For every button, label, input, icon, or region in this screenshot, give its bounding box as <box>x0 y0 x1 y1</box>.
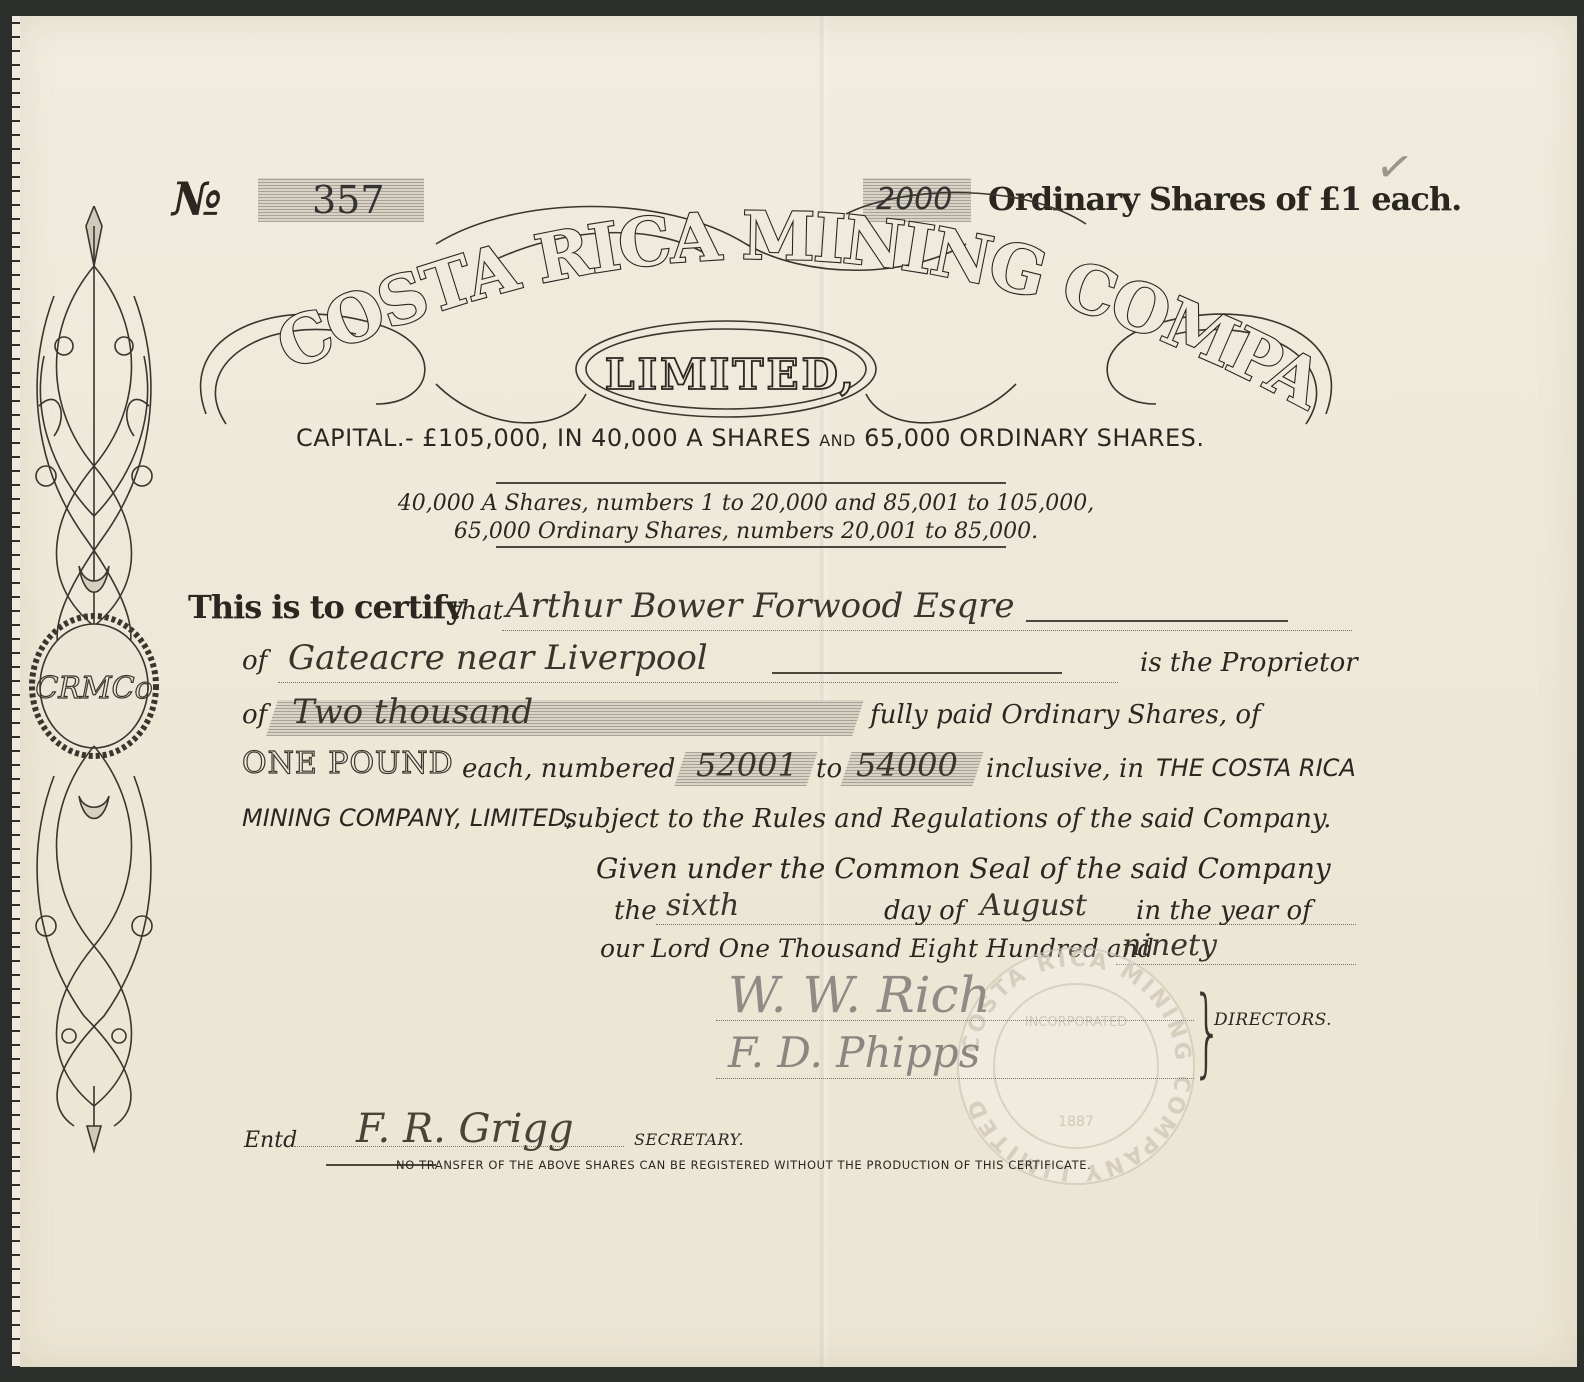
company-inline-2: MINING COMPANY, LIMITED, <box>242 804 574 832</box>
that-label: that <box>450 596 503 626</box>
company-inline-1: THE COSTA RICA <box>1156 754 1356 782</box>
ornamental-border-icon: CRMCo <box>24 206 194 1156</box>
fully-paid-label: fully paid Ordinary Shares, of <box>870 700 1261 730</box>
to-label: to <box>816 754 842 784</box>
entered-label: Entd <box>244 1128 297 1153</box>
holder-address: Gateacre near Liverpool <box>288 638 708 678</box>
proprietor-label: is the Proprietor <box>1140 648 1358 678</box>
rules-label: subject to the Rules and Regulations of … <box>564 804 1331 834</box>
divider-top <box>496 482 1006 484</box>
capital-statement: CAPITAL.- £105,000, IN 40,000 A SHARES A… <box>296 424 1205 452</box>
day-of-label: day of <box>884 896 964 926</box>
director-2-signature: F. D. Phipps <box>728 1028 980 1077</box>
range-end: 54000 <box>856 746 958 784</box>
the-label: the <box>614 896 657 926</box>
holder-name: Arthur Bower Forwood Esqre <box>506 586 1015 626</box>
numbered-label: each, numbered <box>462 754 675 784</box>
svg-text:CRMCo: CRMCo <box>35 671 152 706</box>
of-label-2: of <box>242 700 267 730</box>
year-of-label: in the year of <box>1136 896 1312 926</box>
par-value: ONE POUND <box>242 746 454 781</box>
brace-icon: } <box>1192 976 1223 1088</box>
directors-label: DIRECTORS. <box>1214 1010 1332 1030</box>
secretary-label: SECRETARY. <box>634 1130 744 1149</box>
secretary-signature: F. R. Grigg <box>356 1106 574 1152</box>
share-ranges: 40,000 A Shares, numbers 1 to 20,000 and… <box>366 490 1126 546</box>
director-1-signature: W. W. Rich <box>728 966 991 1024</box>
capital-prefix: CAPITAL.- £105,000, IN 40,000 A SHARES <box>296 424 819 452</box>
svg-text:INCORPORATED: INCORPORATED <box>1025 1015 1128 1030</box>
transfer-notice: NO TRANSFER OF THE ABOVE SHARES CAN BE R… <box>396 1158 1091 1172</box>
divider-bottom <box>496 546 1006 548</box>
seal-clause-line1: Given under the Common Seal of the said … <box>596 852 1331 885</box>
shares-in-words: Two thousand <box>292 692 533 732</box>
certificate-paper: CRMCo ✓ № 357 2000 Ordinary Shares of £1… <box>16 16 1577 1367</box>
company-title: THE COSTA RICA MINING COMPANY, LIMITED, <box>186 184 1346 454</box>
issue-month: August <box>980 888 1087 923</box>
share-range-a: 40,000 A Shares, numbers 1 to 20,000 and… <box>366 490 1126 518</box>
issue-day: sixth <box>666 888 739 923</box>
svg-text:LIMITED,: LIMITED, <box>605 350 857 399</box>
of-label: of <box>242 646 267 676</box>
certify-heading: This is to certify <box>188 588 463 626</box>
share-range-ordinary: 65,000 Ordinary Shares, numbers 20,001 t… <box>366 518 1126 546</box>
capital-suffix: 65,000 ORDINARY SHARES. <box>856 424 1205 452</box>
svg-text:1887: 1887 <box>1058 1114 1094 1130</box>
range-start: 52001 <box>696 746 798 784</box>
capital-and: AND <box>819 431 856 450</box>
inclusive-label: inclusive, in <box>986 754 1144 784</box>
